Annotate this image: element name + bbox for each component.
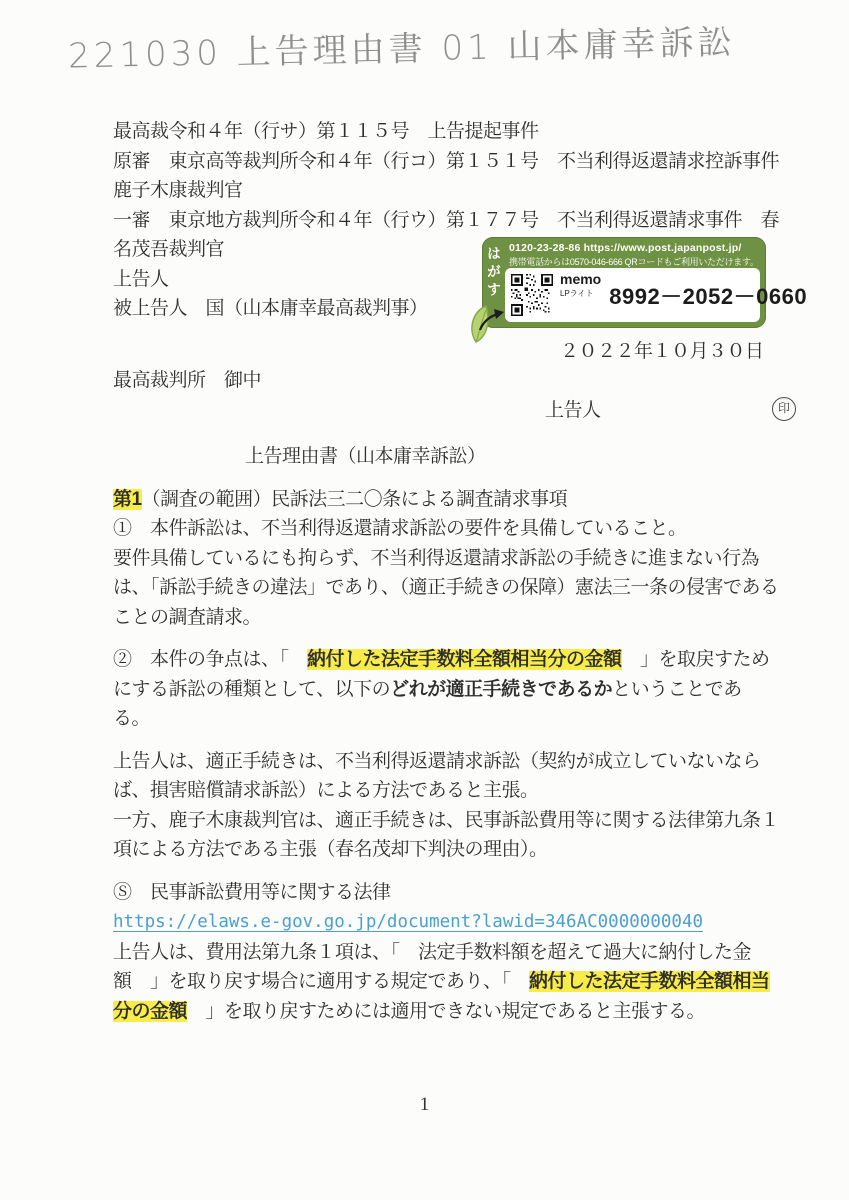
claims-paragraph: 上告人は、適正手続きは、不当利得返還請求訴訟（契約が成立していないなら ば、損害…	[113, 747, 813, 865]
section-heading: （調査の範囲）民訴法三二〇条による調査請求事項	[142, 489, 568, 510]
law-title-line: Ⓢ 民事訴訟費用等に関する法律	[113, 878, 813, 908]
text-line: にする訴訟の種類として、以下のどれが適正手続きであるかということであ	[113, 675, 813, 705]
signer-line: 上告人 印	[113, 396, 813, 426]
section-number: 第1	[113, 489, 142, 510]
law-title: 民事訴訟費用等に関する法律	[132, 882, 391, 903]
text-segment: 」を取戻すため	[622, 649, 770, 670]
text-segment: ② 本件の争点は、「	[113, 649, 307, 670]
text-segment: 額 」を取り戻す場合に適用する規定であり、「	[113, 971, 529, 992]
appeal-court-line: 原審 東京高等裁判所令和４年（行コ）第１５１号 不当利得返還請求控訴事件	[113, 147, 813, 177]
case-number-line: 最高裁令和４年（行サ）第１１５号 上告提起事件	[113, 117, 813, 147]
law-url-link[interactable]: https://elaws.e-gov.go.jp/document?lawid…	[113, 912, 703, 932]
memo-label: memo	[560, 272, 601, 286]
highlighted-phrase: 納付した法定手数料全額相当分の金額	[307, 649, 622, 670]
scanned-document-page: 221030 上告理由書 01 山本庸幸訴訟 最高裁令和４年（行サ）第１１５号 …	[0, 0, 849, 1200]
text-segment: にする訴訟の種類として、以下の	[113, 679, 390, 700]
section-1-claim: 第1（調査の範囲）民訴法三二〇条による調査請求事項 ① 本件訴訟は、不当利得返還…	[113, 485, 813, 633]
document-body: 最高裁令和４年（行サ）第１１５号 上告提起事件 原審 東京高等裁判所令和４年（行…	[113, 0, 813, 1026]
text-line: 上告人は、費用法第九条１項は、「 法定手数料額を超えて過大に納付した金	[113, 938, 813, 968]
text-line: 要件具備しているにも拘らず、不当利得返還請求訴訟の手続きに進まない行為	[113, 544, 813, 574]
tracking-number: 8992－2052－0660	[609, 280, 807, 311]
label-contact-info: 0120-23-28-86 https://www.post.japanpost…	[509, 242, 761, 268]
qr-code-icon	[511, 274, 553, 316]
text-line: 分の金額 」を取り戻すためには適用できない規定であると主張する。	[113, 997, 813, 1027]
signer-party: 上告人	[545, 400, 601, 421]
document-date: ２０２２年１０月３０日	[560, 337, 813, 367]
seal-stamp-icon: 印	[772, 397, 796, 421]
label-mobile-line: 携帯電話からは0570-046-666 QRコードもご利用いただけます。	[509, 255, 761, 268]
text-line: は、「訴訟手続きの違法」であり、（適正手続きの保障）憲法三一条の侵害である	[113, 573, 813, 603]
text-line: 項による方法である主張（春名茂却下判決の理由）。	[113, 835, 813, 865]
label-phone-url-line: 0120-23-28-86 https://www.post.japanpost…	[509, 242, 761, 254]
law-url-line: https://elaws.e-gov.go.jp/document?lawid…	[113, 907, 813, 938]
text-line: 額 」を取り戻す場合に適用する規定であり、「 納付した法定手数料全額相当	[113, 967, 813, 997]
first-instance-line: 一審 東京地方裁判所令和４年（行ウ）第１７７号 不当利得返還請求事件 春	[113, 206, 813, 236]
addressee: 最高裁判所 御中	[113, 366, 813, 396]
tracking-box: memo LPライト 8992－2052－0660	[505, 268, 760, 322]
japan-post-peel-label: はがす 0120-23-28-86 https://www.post.japan…	[482, 237, 766, 328]
law-reference: Ⓢ 民事訴訟費用等に関する法律 https://elaws.e-gov.go.j…	[113, 878, 813, 1027]
text-line: ② 本件の争点は、「 納付した法定手数料全額相当分の金額 」を取戻すため	[113, 645, 813, 675]
circled-s-marker: Ⓢ	[113, 882, 132, 903]
text-line: ば、損害賠償請求訴訟）による方法であると主張。	[113, 776, 813, 806]
highlighted-phrase: 分の金額	[113, 1001, 187, 1022]
product-label: LPライト	[560, 288, 601, 299]
text-line: 一方、鹿子木康裁判官は、適正手続きは、民事訴訟費用等に関する法律第九条１	[113, 806, 813, 836]
bold-phrase: どれが適正手続きであるか	[390, 679, 612, 700]
page-number: 1	[0, 1094, 849, 1116]
leaf-icon	[470, 300, 508, 344]
section-heading-line: 第1（調査の範囲）民訴法三二〇条による調査請求事項	[113, 485, 813, 515]
text-line: 上告人は、適正手続きは、不当利得返還請求訴訟（契約が成立していないなら	[113, 747, 813, 777]
text-segment: 」を取り戻すためには適用できない規定であると主張する。	[187, 1001, 705, 1022]
text-segment: ということであ	[612, 679, 742, 700]
memo-block: memo LPライト	[560, 272, 601, 299]
appeal-judge-line: 鹿子木康裁判官	[113, 176, 813, 206]
text-line: ① 本件訴訟は、不当利得返還請求訴訟の要件を具備していること。	[113, 514, 813, 544]
text-line: ことの調査請求。	[113, 603, 813, 633]
peel-tab-label: はがす	[487, 246, 501, 300]
issue-paragraph: ② 本件の争点は、「 納付した法定手数料全額相当分の金額 」を取戻すため にする…	[113, 645, 813, 734]
highlighted-phrase: 納付した法定手数料全額相当	[529, 971, 770, 992]
document-title: 上告理由書（山本庸幸訴訟）	[245, 442, 813, 472]
text-line: る。	[113, 704, 813, 734]
